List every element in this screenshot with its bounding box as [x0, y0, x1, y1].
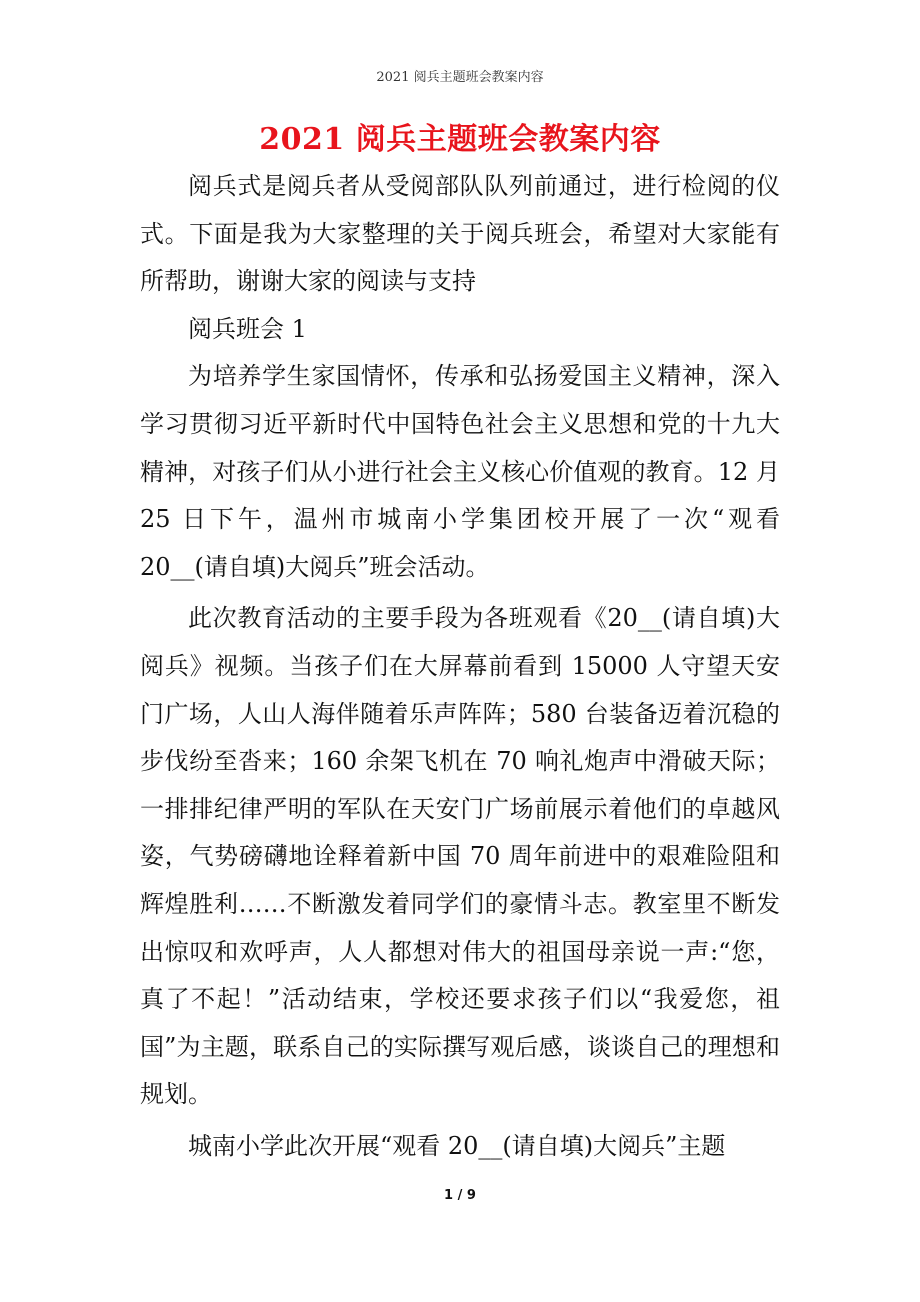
- intro-paragraph: 阅兵式是阅兵者从受阅部队队列前通过，进行检阅的仪式。下面是我为大家整理的关于阅兵…: [140, 163, 780, 306]
- body-paragraph: 为培养学生家国情怀，传承和弘扬爱国主义精神，深入学习贯彻习近平新时代中国特色社会…: [140, 353, 780, 591]
- section-heading: 阅兵班会 1: [140, 306, 780, 354]
- document-body: 阅兵式是阅兵者从受阅部队队列前通过，进行检阅的仪式。下面是我为大家整理的关于阅兵…: [140, 163, 780, 1170]
- running-header: 2021 阅兵主题班会教案内容: [0, 66, 920, 85]
- body-paragraph: 此次教育活动的主要手段为各班观看《20__(请自填)大阅兵》视频。当孩子们在大屏…: [140, 595, 780, 1119]
- body-paragraph: 城南小学此次开展“观看 20__(请自填)大阅兵”主题: [140, 1123, 780, 1171]
- page-number: 1 / 9: [0, 1188, 920, 1203]
- document-title: 2021 阅兵主题班会教案内容: [0, 114, 920, 158]
